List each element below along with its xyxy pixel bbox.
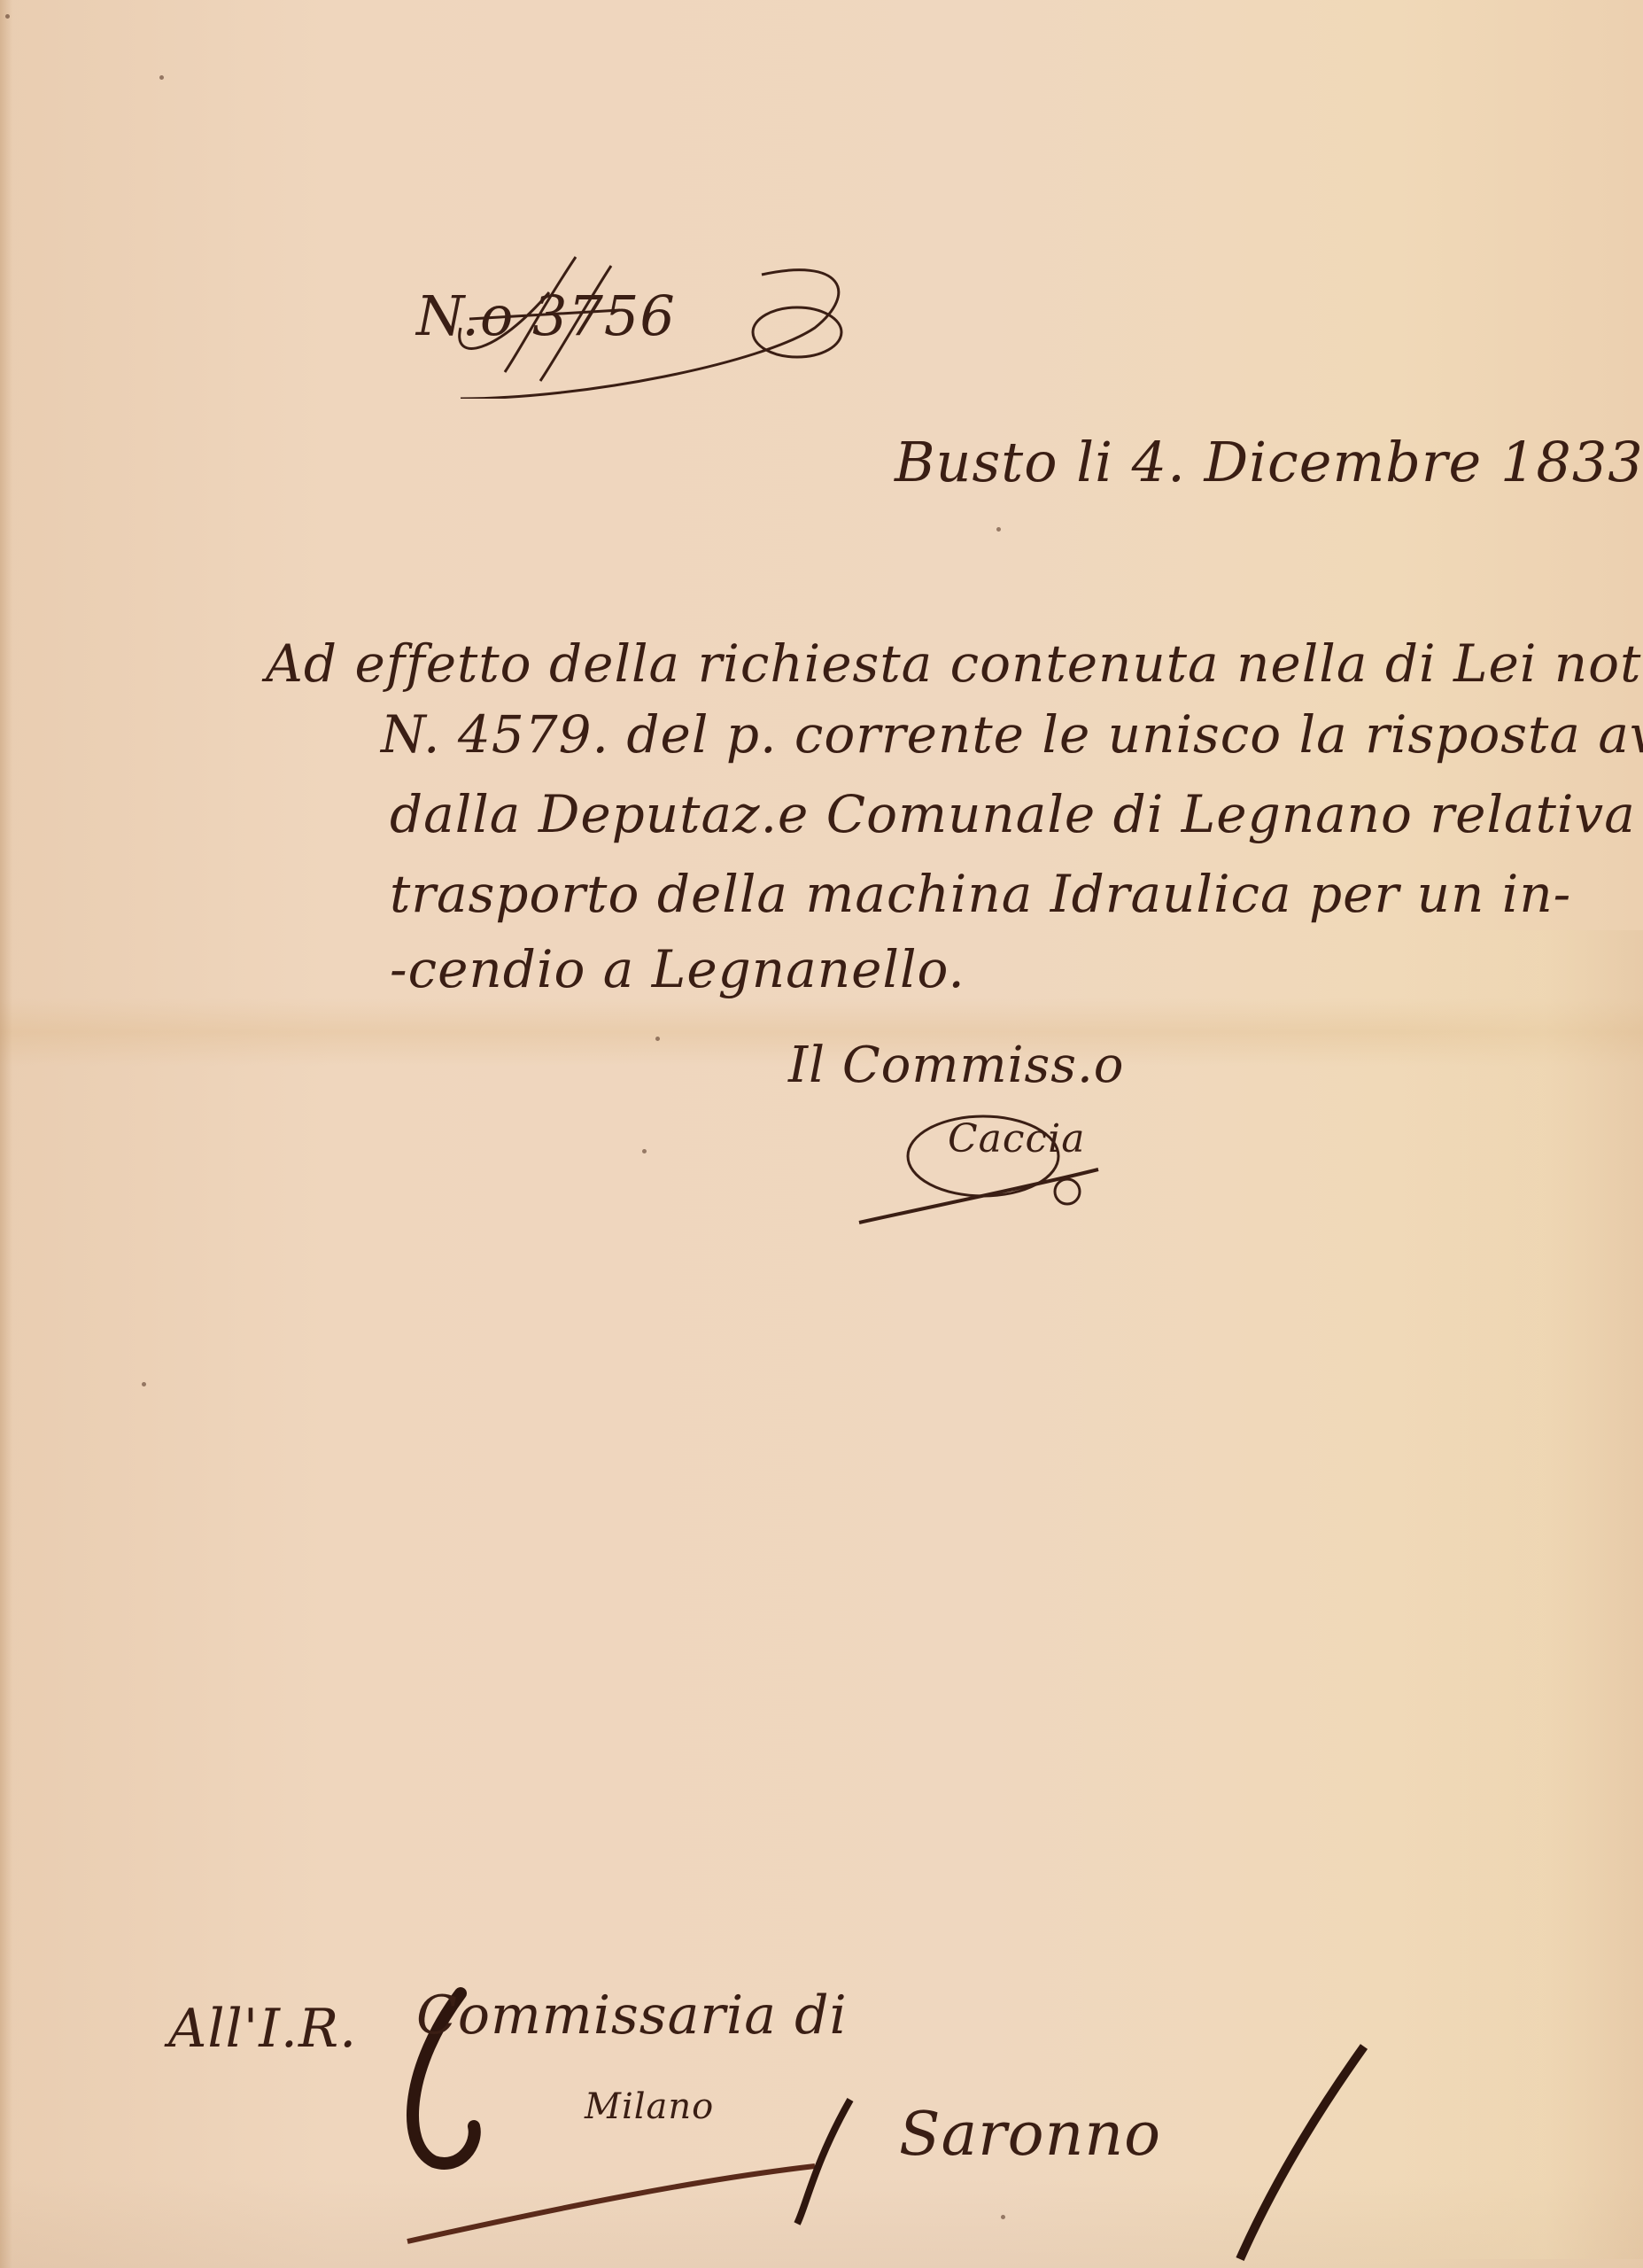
- paper-speck: [1001, 2215, 1005, 2219]
- dateline: Busto li 4. Dicembre 1833.: [895, 430, 1643, 494]
- address-prefix: All'I.R.: [168, 1998, 357, 2060]
- body-line-2: N. 4579. del p. corrente le unisco la ri…: [381, 704, 1643, 765]
- paper-fold-shading: [1395, 930, 1643, 2259]
- paper-speck: [996, 527, 1001, 532]
- paper-speck: [142, 1382, 146, 1386]
- body-line-5: -cendio a Legnanello.: [390, 939, 965, 999]
- address-office: Commissaria di: [416, 1984, 848, 2047]
- paper-speck: [642, 1149, 647, 1153]
- body-line-3: dalla Deputaz.e Comunale di Legnano rela…: [390, 784, 1643, 844]
- body-line-1: Ad effetto della richiesta contenuta nel…: [266, 633, 1643, 694]
- body-line-4: trasporto della machina Idraulica per un…: [390, 864, 1571, 924]
- address-city: Milano: [585, 2086, 714, 2127]
- address-place: Saronno: [899, 2100, 1161, 2170]
- closing-title: Il Commiss.o: [788, 1037, 1125, 1094]
- paper-speck: [5, 14, 10, 19]
- protocol-number: N.o 3756: [416, 283, 676, 348]
- signature: Caccia: [948, 1116, 1086, 1161]
- paper-left-edge: [0, 0, 12, 2268]
- paper-speck: [655, 1037, 660, 1041]
- paper-speck: [159, 75, 164, 80]
